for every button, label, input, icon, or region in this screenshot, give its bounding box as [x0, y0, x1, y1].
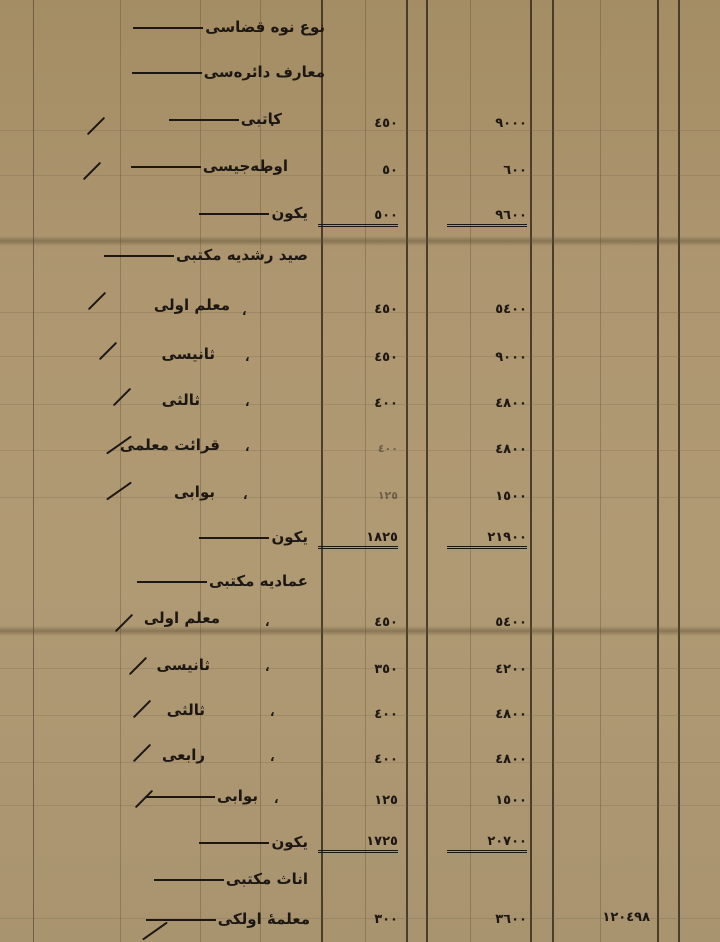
amount-col2: ١٥٠٠ [447, 793, 527, 808]
amount-col1: ٤٥٠ [318, 302, 398, 317]
amount-col1: ١٢٥ [318, 793, 398, 808]
row-label: معلم اولى [144, 609, 220, 627]
amount-col2: ٤٨٠٠ [447, 396, 527, 411]
amount-col2: ٤٨٠٠ [447, 442, 527, 457]
row-label: معلمهٔ اولكى [146, 910, 310, 928]
total-col2: ٢٠٧٠٠ [447, 834, 527, 853]
total-col2: ٩٦٠٠ [447, 208, 527, 227]
amount-col1: ٤٠٠ [318, 442, 398, 455]
column-rule [552, 0, 554, 942]
check-mark-icon [129, 657, 147, 675]
row-label: بوابى [145, 787, 258, 805]
total-col2: ٢١٩٠٠ [447, 530, 527, 549]
main-heading: نوع نوه قضاسى [133, 18, 325, 36]
amount-col2: ٤٨٠٠ [447, 707, 527, 722]
ditto-mark: ، [270, 750, 275, 764]
total-col1: ١٧٢٥ [318, 834, 398, 853]
column-rule [530, 0, 532, 942]
ditto-mark: ، [265, 615, 270, 629]
check-mark-icon [88, 292, 106, 310]
total-label: يكون [199, 528, 308, 546]
ledger-page: نوع نوه قضاسى معارف دائره‌سى ، كاتبى ٤٥٠… [0, 0, 720, 942]
ditto-mark: ، [265, 660, 270, 674]
check-mark-icon [87, 117, 105, 135]
amount-col1: ٤٥٠ [318, 615, 398, 630]
column-rule [657, 0, 659, 942]
ditto-mark: ، [243, 488, 248, 502]
amount-col2: ٣٦٠٠ [447, 912, 527, 927]
amount-col1: ١٢٥ [318, 489, 398, 502]
amount-col2: ١٥٠٠ [447, 489, 527, 504]
row-label: معلم اولى [154, 296, 230, 314]
amount-col2: ٥٤٠٠ [447, 615, 527, 630]
amount-col1: ٤٥٠ [318, 350, 398, 365]
section-heading: معارف دائره‌سى [132, 63, 325, 81]
total-label: يكون [199, 833, 308, 851]
left-subrule [120, 0, 121, 942]
column-rule [406, 0, 408, 942]
amount-col1: ٤٠٠ [318, 752, 398, 767]
amount-col1: ٤٥٠ [318, 116, 398, 131]
total-label: يكون [199, 204, 308, 222]
amount-col1: ٣٥٠ [318, 662, 398, 677]
row-label: كاتبى [169, 110, 282, 128]
total-col1: ٥٠٠ [318, 208, 398, 227]
left-margin-rule [33, 0, 34, 942]
section-heading: اناث مکتبى [154, 870, 308, 888]
amount-col3: ١٢٠٤٩٨ [570, 910, 650, 925]
total-col1: ١٨٢٥ [318, 530, 398, 549]
ditto-mark: ، [270, 705, 275, 719]
row-label: اوطه‌جيسى [131, 157, 288, 175]
amount-col2: ٤٨٠٠ [447, 752, 527, 767]
amount-col2: ٦٠٠ [447, 163, 527, 178]
amount-col2: ٩٠٠٠ [447, 116, 527, 131]
left-subrule [260, 0, 261, 942]
row-label: ثالثى [162, 391, 200, 409]
paper-fold [0, 236, 720, 246]
amount-col2: ٤٢٠٠ [447, 662, 527, 677]
column-rule [426, 0, 428, 942]
row-label: بوابى [174, 483, 215, 501]
check-mark-icon [99, 342, 117, 360]
ditto-mark: ، [274, 792, 279, 806]
row-label: ثانيسى [162, 345, 215, 363]
ditto-mark: ، [245, 440, 250, 454]
check-mark-icon [83, 162, 101, 180]
column-rule [678, 0, 680, 942]
row-label: قرائت معلمى [120, 436, 220, 454]
column-subrule [600, 0, 601, 942]
amount-col1: ٥٠ [318, 163, 398, 178]
amount-col1: ٤٠٠ [318, 707, 398, 722]
section-heading: صيد رشدیه مکتبى [104, 246, 308, 264]
ditto-mark: ، [245, 395, 250, 409]
section-heading: عماديه مکتبى [137, 572, 308, 590]
ditto-mark: ، [242, 304, 247, 318]
ditto-mark: ، [245, 350, 250, 364]
amount-col1: ٤٠٠ [318, 396, 398, 411]
row-label: ثالثى [167, 701, 205, 719]
row-label: ثانيسى [157, 656, 210, 674]
row-label: رابعى [162, 746, 205, 764]
amount-col2: ٩٠٠٠ [447, 350, 527, 365]
amount-col1: ٣٠٠ [318, 912, 398, 927]
check-mark-icon [133, 744, 151, 762]
amount-col2: ٥٤٠٠ [447, 302, 527, 317]
